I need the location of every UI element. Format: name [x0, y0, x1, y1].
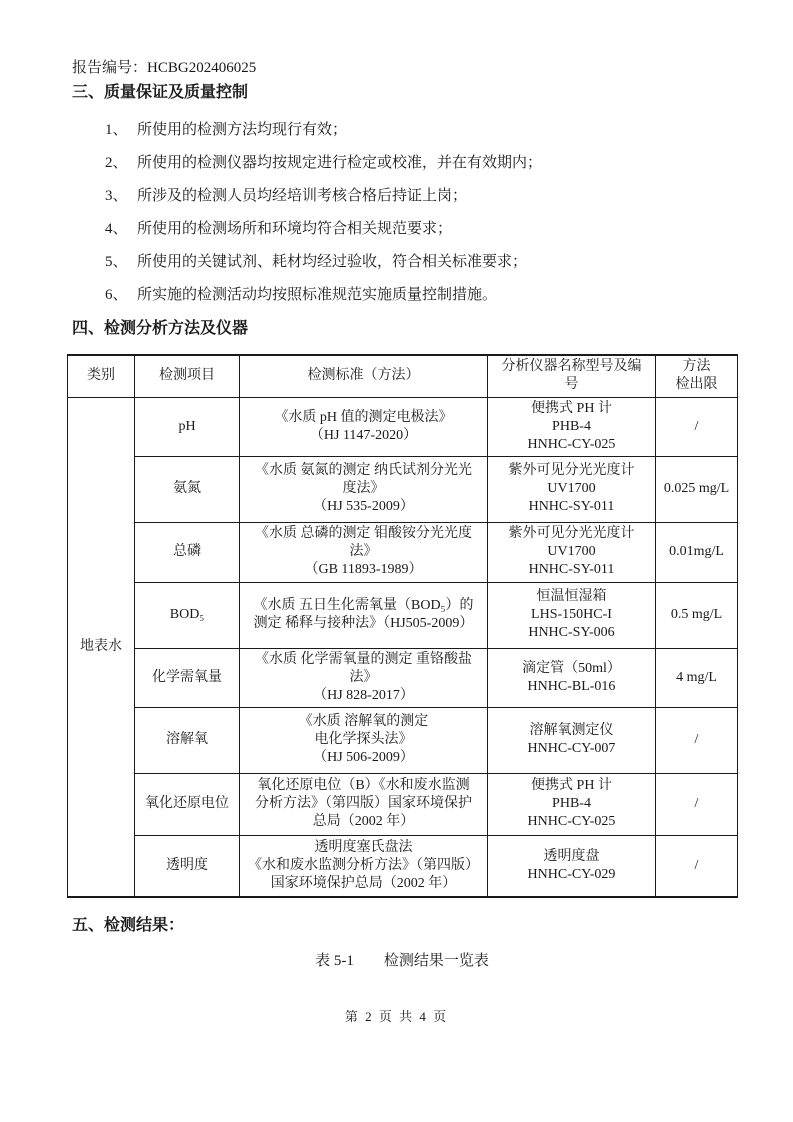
cell-item: 氨氮: [135, 456, 240, 522]
caption-table-title: 检测结果一览表: [384, 951, 489, 971]
cell-limit: /: [656, 773, 738, 835]
list-item-number: 3、: [105, 186, 137, 206]
list-item-text: 所使用的检测场所和环境均符合相关规范要求；: [137, 219, 737, 239]
cell-instrument: 便携式 PH 计 PHB-4 HNHC-CY-025: [488, 773, 656, 835]
section-title-methods: 四、检测分析方法及仪器: [72, 318, 737, 340]
table-row: 地表水 pH 《水质 pH 值的测定电极法》 （HJ 1147-2020） 便携…: [68, 397, 738, 456]
document-page: 报告编号：HCBG202406025 三、质量保证及质量控制 1、 所使用的检测…: [0, 0, 793, 1122]
list-item: 3、 所涉及的检测人员均经培训考核合格后持证上岗；: [105, 186, 737, 206]
caption-table-number: 表 5-1: [315, 951, 354, 971]
cell-instrument: 透明度盘 HNHC-CY-029: [488, 835, 656, 897]
cell-limit: /: [656, 835, 738, 897]
table-row: 总磷 《水质 总磷的测定 钼酸铵分光光度 法》 （GB 11893-1989） …: [68, 522, 738, 582]
list-item-text: 所使用的检测方法均现行有效；: [137, 120, 737, 140]
cell-instrument: 恒温恒湿箱 LHS-150HC-I HNHC-SY-006: [488, 582, 656, 648]
table-row: 氧化还原电位 氧化还原电位（B）《水和废水监测 分析方法》（第四版）国家环境保护…: [68, 773, 738, 835]
list-item: 1、 所使用的检测方法均现行有效；: [105, 120, 737, 140]
cell-item: 化学需氧量: [135, 648, 240, 707]
report-number-value: HCBG202406025: [147, 60, 256, 76]
table-row: BOD₅ 《水质 五日生化需氧量（BOD₅）的 测定 稀释与接种法》（HJ505…: [68, 582, 738, 648]
cell-limit: /: [656, 397, 738, 456]
cell-instrument: 溶解氧测定仪 HNHC-CY-007: [488, 707, 656, 773]
cell-limit: 0.01mg/L: [656, 522, 738, 582]
column-header-standard: 检测标准（方法）: [240, 355, 488, 397]
list-item-number: 2、: [105, 153, 137, 173]
cell-limit: 4 mg/L: [656, 648, 738, 707]
cell-item: 总磷: [135, 522, 240, 582]
report-number-line: 报告编号：HCBG202406025: [72, 58, 737, 79]
list-item-text: 所使用的检测仪器均按规定进行检定或校准，并在有效期内；: [137, 153, 737, 173]
cell-standard: 《水质 pH 值的测定电极法》 （HJ 1147-2020）: [240, 397, 488, 456]
cell-instrument: 紫外可见分光光度计 UV1700 HNHC-SY-011: [488, 522, 656, 582]
cell-instrument: 滴定管（50ml） HNHC-BL-016: [488, 648, 656, 707]
column-header-item: 检测项目: [135, 355, 240, 397]
cell-limit: 0.025 mg/L: [656, 456, 738, 522]
list-item-text: 所实施的检测活动均按照标准规范实施质量控制措施。: [137, 285, 737, 305]
cell-limit: /: [656, 707, 738, 773]
cell-item: pH: [135, 397, 240, 456]
cell-standard: 《水质 氨氮的测定 纳氏试剂分光光 度法》 （HJ 535-2009）: [240, 456, 488, 522]
methods-table: 类别 检测项目 检测标准（方法） 分析仪器名称型号及编 号 方法 检出限 地表水…: [67, 354, 738, 898]
list-item-number: 6、: [105, 285, 137, 305]
cell-instrument: 紫外可见分光光度计 UV1700 HNHC-SY-011: [488, 456, 656, 522]
list-item: 5、 所使用的关键试剂、耗材均经过验收，符合相关标准要求；: [105, 252, 737, 272]
list-item: 4、 所使用的检测场所和环境均符合相关规范要求；: [105, 219, 737, 239]
list-item: 2、 所使用的检测仪器均按规定进行检定或校准，并在有效期内；: [105, 153, 737, 173]
category-cell: 地表水: [68, 397, 135, 897]
section-title-quality: 三、质量保证及质量控制: [72, 82, 737, 104]
list-item-number: 5、: [105, 252, 137, 272]
report-number-label: 报告编号：: [72, 60, 147, 76]
cell-standard: 透明度塞氏盘法 《水和废水监测分析方法》（第四版） 国家环境保护总局（2002 …: [240, 835, 488, 897]
cell-item: 氧化还原电位: [135, 773, 240, 835]
table-row: 氨氮 《水质 氨氮的测定 纳氏试剂分光光 度法》 （HJ 535-2009） 紫…: [68, 456, 738, 522]
cell-item: 透明度: [135, 835, 240, 897]
list-item-number: 4、: [105, 219, 137, 239]
section-title-results: 五、检测结果：: [72, 915, 737, 937]
cell-item: 溶解氧: [135, 707, 240, 773]
list-item-text: 所使用的关键试剂、耗材均经过验收，符合相关标准要求；: [137, 252, 737, 272]
quality-items-list: 1、 所使用的检测方法均现行有效； 2、 所使用的检测仪器均按规定进行检定或校准…: [67, 120, 737, 305]
table-row: 溶解氧 《水质 溶解氧的测定 电化学探头法》 （HJ 506-2009） 溶解氧…: [68, 707, 738, 773]
cell-instrument: 便携式 PH 计 PHB-4 HNHC-CY-025: [488, 397, 656, 456]
cell-item: BOD₅: [135, 582, 240, 648]
cell-limit: 0.5 mg/L: [656, 582, 738, 648]
cell-standard: 《水质 总磷的测定 钼酸铵分光光度 法》 （GB 11893-1989）: [240, 522, 488, 582]
table-row: 透明度 透明度塞氏盘法 《水和废水监测分析方法》（第四版） 国家环境保护总局（2…: [68, 835, 738, 897]
column-header-category: 类别: [68, 355, 135, 397]
cell-standard: 《水质 溶解氧的测定 电化学探头法》 （HJ 506-2009）: [240, 707, 488, 773]
list-item: 6、 所实施的检测活动均按照标准规范实施质量控制措施。: [105, 285, 737, 305]
results-table-caption: 表 5-1 检测结果一览表: [67, 951, 737, 971]
table-header-row: 类别 检测项目 检测标准（方法） 分析仪器名称型号及编 号 方法 检出限: [68, 355, 738, 397]
column-header-instrument: 分析仪器名称型号及编 号: [488, 355, 656, 397]
column-header-limit: 方法 检出限: [656, 355, 738, 397]
cell-standard: 《水质 五日生化需氧量（BOD₅）的 测定 稀释与接种法》（HJ505-2009…: [240, 582, 488, 648]
table-row: 化学需氧量 《水质 化学需氧量的测定 重铬酸盐 法》 （HJ 828-2017）…: [68, 648, 738, 707]
page-footer: 第 2 页 共 4 页: [0, 1006, 793, 1025]
cell-standard: 氧化还原电位（B）《水和废水监测 分析方法》（第四版）国家环境保护 总局（200…: [240, 773, 488, 835]
list-item-text: 所涉及的检测人员均经培训考核合格后持证上岗；: [137, 186, 737, 206]
list-item-number: 1、: [105, 120, 137, 140]
cell-standard: 《水质 化学需氧量的测定 重铬酸盐 法》 （HJ 828-2017）: [240, 648, 488, 707]
